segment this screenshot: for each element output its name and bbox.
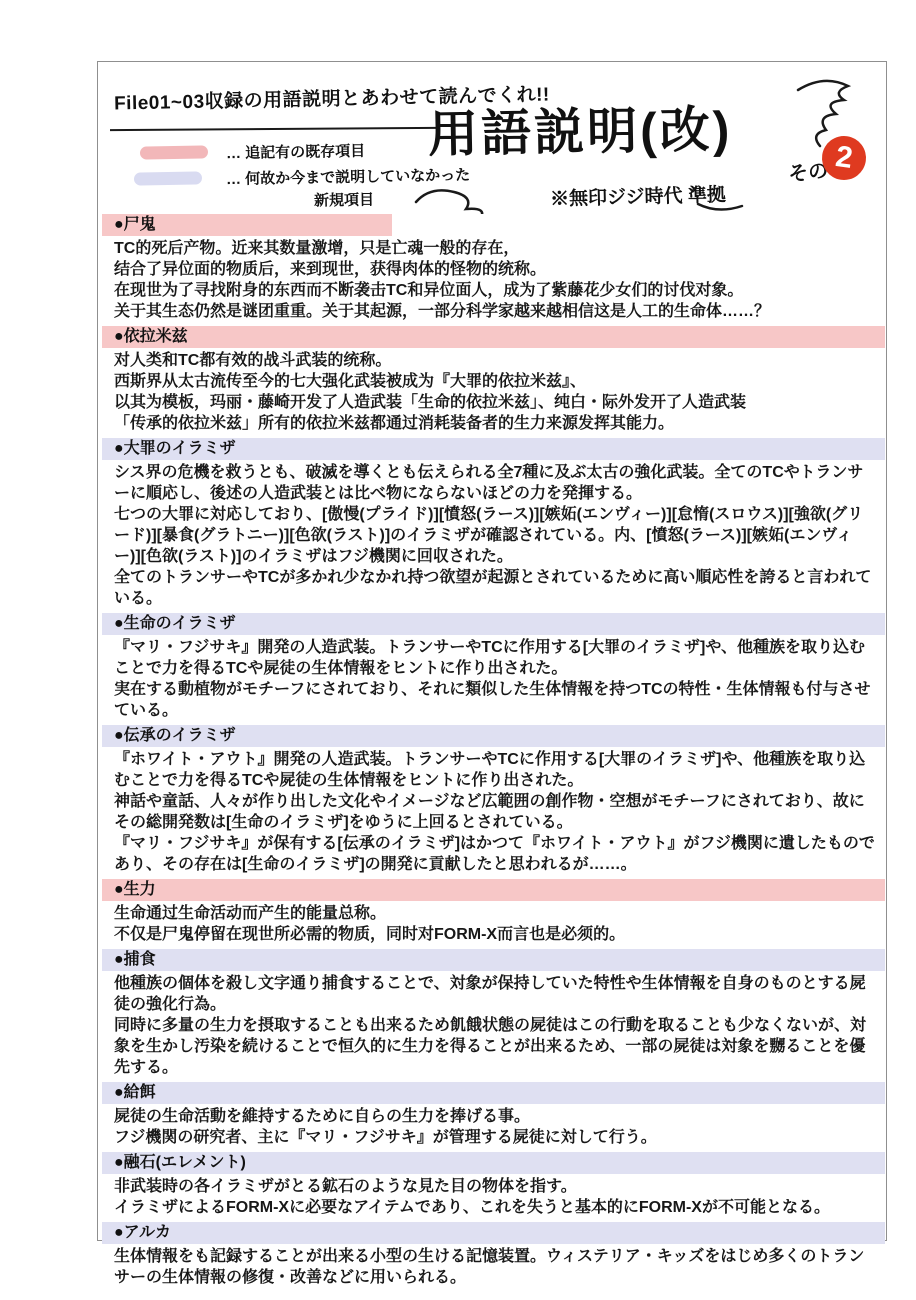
entry-title: ●尸鬼: [102, 214, 392, 236]
entry-body: 他種族の個体を殺し文字通り捕食することで、対象が保持していた特性や生体情報を自身…: [102, 973, 885, 1078]
entry-title: ●依拉米兹: [102, 326, 885, 348]
entry-body: 非武装時の各イラミザがとる鉱石のような見た目の物体を指す。 イラミザによるFOR…: [102, 1176, 885, 1218]
entry-kyuji: ●給餌 屍徒の生命活動を維持するために自らの生力を捧げる事。 フジ機関の研究者、…: [102, 1082, 885, 1148]
entry-denshou-iramiza: ●伝承のイラミザ 『ホワイト・アウト』開発の人造武装。トランサーやTCに作用する…: [102, 725, 885, 875]
entry-body: 生体情報をも記録することが出来る小型の生ける記憶装置。ウィステリア・キッズをはじ…: [102, 1246, 885, 1288]
page-frame: File01~03収録の用語説明とあわせて読んでくれ!! … 追記有の既存項目 …: [97, 61, 887, 1241]
page-subtitle: ※無印ジジ時代 準拠: [550, 180, 726, 212]
entry-title: ●アルカ: [102, 1222, 885, 1244]
entry-seiryoku: ●生力 生命通过生命活动而产生的能量总称。 不仅是尸鬼停留在现世所必需的物质，同…: [102, 879, 885, 945]
page-title: 用語説明(改): [427, 89, 733, 166]
entry-hoshoku: ●捕食 他種族の個体を殺し文字通り捕食することで、対象が保持していた特性や生体情…: [102, 949, 885, 1078]
entry-title: ●捕食: [102, 949, 885, 971]
legend-label-new-2: 新規項目: [314, 188, 374, 210]
entry-body: 『ホワイト・アウト』開発の人造武装。トランサーやTCに作用する[大罪のイラミザ]…: [102, 749, 885, 875]
legend-label-existing: … 追記有の既存項目: [226, 140, 366, 163]
legend-swatch-new: [134, 171, 202, 185]
header-area: File01~03収録の用語説明とあわせて読んでくれ!! … 追記有の既存項目 …: [98, 62, 886, 214]
entry-title: ●大罪のイラミザ: [102, 438, 885, 460]
entry-title: ●給餌: [102, 1082, 885, 1104]
entry-title: ●融石(エレメント): [102, 1152, 885, 1174]
note-underline: [110, 127, 436, 131]
entry-yilamizi: ●依拉米兹 对人类和TC都有效的战斗武装的统称。 西斯界从太古流传至今的七大强化…: [102, 326, 885, 434]
entry-body: 生命通过生命活动而产生的能量总称。 不仅是尸鬼停留在现世所必需的物质，同时对FO…: [102, 903, 885, 945]
entry-title: ●伝承のイラミザ: [102, 725, 885, 747]
entry-shigui: ●尸鬼 TC的死后产物。近来其数量激增，只是亡魂一般的存在， 结合了异位面的物质…: [102, 214, 885, 322]
entry-title: ●生命のイラミザ: [102, 613, 885, 635]
entry-title: ●生力: [102, 879, 885, 901]
legend-label-new: … 何故か今まで説明していなかった: [226, 164, 471, 189]
entry-yuseki-element: ●融石(エレメント) 非武装時の各イラミザがとる鉱石のような見た目の物体を指す。…: [102, 1152, 885, 1218]
entry-seimei-iramiza: ●生命のイラミザ 『マリ・フジサキ』開発の人造武装。トランサーやTCに作用する[…: [102, 613, 885, 721]
entry-taizai-iramiza: ●大罪のイラミザ シス界の危機を救うとも、破滅を導くとも伝えられる全7種に及ぶ太…: [102, 438, 885, 609]
legend-swatch-existing: [140, 145, 208, 159]
entry-body: 『マリ・フジサキ』開発の人造武装。トランサーやTCに作用する[大罪のイラミザ]や…: [102, 637, 885, 721]
glossary-list: ●尸鬼 TC的死后产物。近来其数量激增，只是亡魂一般的存在， 结合了异位面的物质…: [102, 214, 885, 1292]
entry-body: TC的死后产物。近来其数量激增，只是亡魂一般的存在， 结合了异位面的物质后，来到…: [102, 238, 885, 322]
entry-body: シス界の危機を救うとも、破滅を導くとも伝えられる全7種に及ぶ太古の強化武装。全て…: [102, 462, 885, 609]
entry-body: 对人类和TC都有效的战斗武装的统称。 西斯界从太古流传至今的七大强化武装被成为『…: [102, 350, 885, 434]
entry-aruka: ●アルカ 生体情報をも記録することが出来る小型の生ける記憶装置。ウィステリア・キ…: [102, 1222, 885, 1288]
entry-body: 屍徒の生命活動を維持するために自らの生力を捧げる事。 フジ機関の研究者、主に『マ…: [102, 1106, 885, 1148]
